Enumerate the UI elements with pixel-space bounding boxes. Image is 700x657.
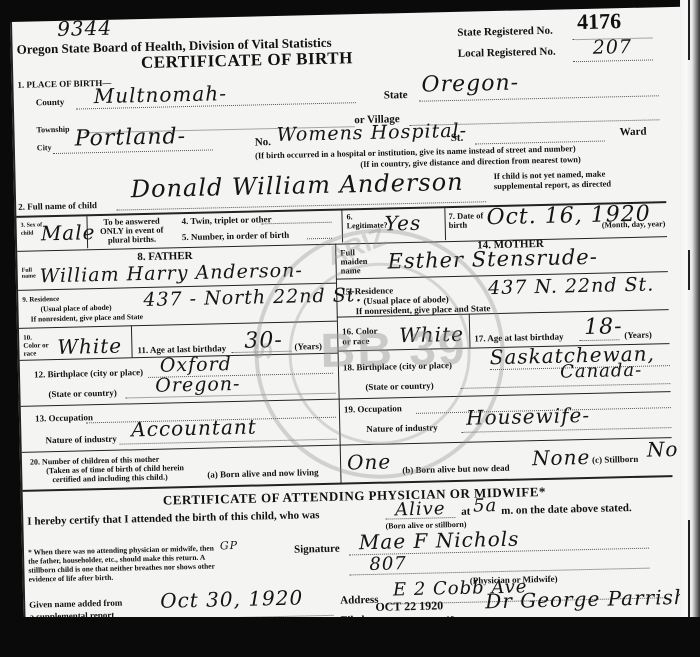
local-registered-label: Local Registered No. <box>458 46 556 60</box>
mother-name-value: Esther Stensrude- <box>387 245 598 274</box>
father-residence-value: 437 - North 22nd St. <box>143 284 363 311</box>
father-industry-label: Nature of industry <box>45 434 117 446</box>
father-birthplace-label: 12. Birthplace (city or place) <box>34 367 143 379</box>
father-residence-label: 9. Residence <box>22 295 59 304</box>
born-alive-dead-value: None <box>532 445 591 470</box>
signature-line2: 807 <box>369 553 407 575</box>
born-alive-dead-label: (b) Born alive but now dead <box>402 463 509 475</box>
mother-birthplace-label: 18. Birthplace (city or place) <box>343 360 452 372</box>
mother-age-years: (Years) <box>624 330 652 341</box>
ward-label: Ward <box>620 126 647 139</box>
supplemental-date-value: Oct 30, 1920 <box>160 585 304 612</box>
dob-format: (Month, day, year) <box>602 219 666 229</box>
footnote: * When there was no attending physician … <box>28 543 219 583</box>
signature-label: Signature <box>294 543 340 556</box>
state-label: State <box>384 89 408 102</box>
state-value: Oregon- <box>421 70 519 97</box>
signature-value: Mae F Nichols <box>359 527 520 555</box>
father-residence-sub1: (Usual place of abode) <box>40 303 111 314</box>
registrar-signature: Dr George Parrish <box>485 585 688 614</box>
father-state-country-label: (State or country) <box>48 388 117 400</box>
mother-color-value: White <box>399 322 464 347</box>
mother-color-label: 16. Color or race <box>342 326 382 347</box>
address-label: Address <box>340 594 379 607</box>
stillborn-label: (c) Stillborn <box>592 454 638 465</box>
father-occupation-label: 13. Occupation <box>35 412 93 423</box>
scan-bottom-shadow <box>0 617 700 657</box>
mother-age-value: 18- <box>584 314 623 340</box>
mother-age-label: 17. Age at last birthday <box>474 332 563 344</box>
plural-births-note: To be answered ONLY in event of plural b… <box>91 216 172 245</box>
birth-certificate: 9344 Oregon State Board of Health, Divis… <box>10 7 696 632</box>
city-value: Portland- <box>74 124 186 152</box>
at-label: at <box>461 506 470 518</box>
father-age-value: 30- <box>244 328 283 354</box>
street-no-value: Womens Hospital- <box>276 120 467 146</box>
children-label-3: certified and including this child.) <box>52 473 168 485</box>
mother-occupation-label: 19. Occupation <box>344 403 402 414</box>
child-name-label: 2. Full name of child <box>18 200 97 212</box>
township-label: Township <box>36 125 69 135</box>
file-number: 9344 <box>57 16 112 41</box>
legitimate-value: Yes <box>384 211 421 236</box>
adjacent-page-edge <box>680 0 700 657</box>
twin-label: 4. Twin, triplet or other <box>181 214 271 226</box>
not-named-note-2: supplemental report, as directed <box>494 178 611 191</box>
born-status-value: Alive <box>395 498 446 520</box>
county-label: County <box>36 97 65 108</box>
supplemental-label-1: Given name added from <box>29 598 122 610</box>
father-name-value: William Harry Anderson- <box>40 259 303 287</box>
child-name-value: Donald William Anderson <box>131 168 464 204</box>
mother-state-country-value: Canada- <box>560 360 643 383</box>
father-state-country-value: Oregon- <box>155 373 241 397</box>
county-value: Multnomah- <box>93 81 227 108</box>
dob-label: 7. Date of birth <box>448 211 488 230</box>
mother-name-label: Full maiden name <box>340 248 381 276</box>
certify-text-2: m. on the date above stated. <box>501 502 632 517</box>
father-name-label: Full name <box>22 267 38 279</box>
legitimate-label: 6. Legitimate? <box>346 211 388 230</box>
state-registered-number: 4176 <box>577 8 622 35</box>
page-title: CERTIFICATE OF BIRTH <box>141 48 353 73</box>
father-color-label: 10. Color or race <box>23 333 50 358</box>
street-no-label: No. <box>255 136 271 148</box>
street-label: St. <box>451 132 464 144</box>
mother-residence-value: 437 N. 22nd St. <box>488 273 655 299</box>
born-alive-living-label: (a) Born alive and now living <box>207 467 318 480</box>
certify-text-1: I hereby certify that I attended the bir… <box>27 509 319 528</box>
father-color-value: White <box>57 334 122 359</box>
birth-order-label: 5. Number, in order of birth <box>182 230 289 242</box>
father-age-years: (Years) <box>294 341 322 352</box>
born-alive-living-value: One <box>347 449 392 474</box>
mother-state-country-label: (State or country) <box>365 380 434 392</box>
local-registered-number: 207 <box>592 36 632 59</box>
margin-initials: GP <box>220 539 238 552</box>
father-industry-value: Accountant <box>131 415 257 442</box>
father-residence-sub2: If nonresident, give place and State <box>31 312 144 324</box>
city-label: City <box>37 143 52 152</box>
mother-industry-value: Housewife- <box>466 403 590 430</box>
mother-industry-label: Nature of industry <box>366 422 438 434</box>
filed-stamp: OCT 22 1920 <box>375 598 443 615</box>
state-registered-label: State Registered No. <box>457 25 553 39</box>
birth-time-value: 5a <box>473 495 498 517</box>
